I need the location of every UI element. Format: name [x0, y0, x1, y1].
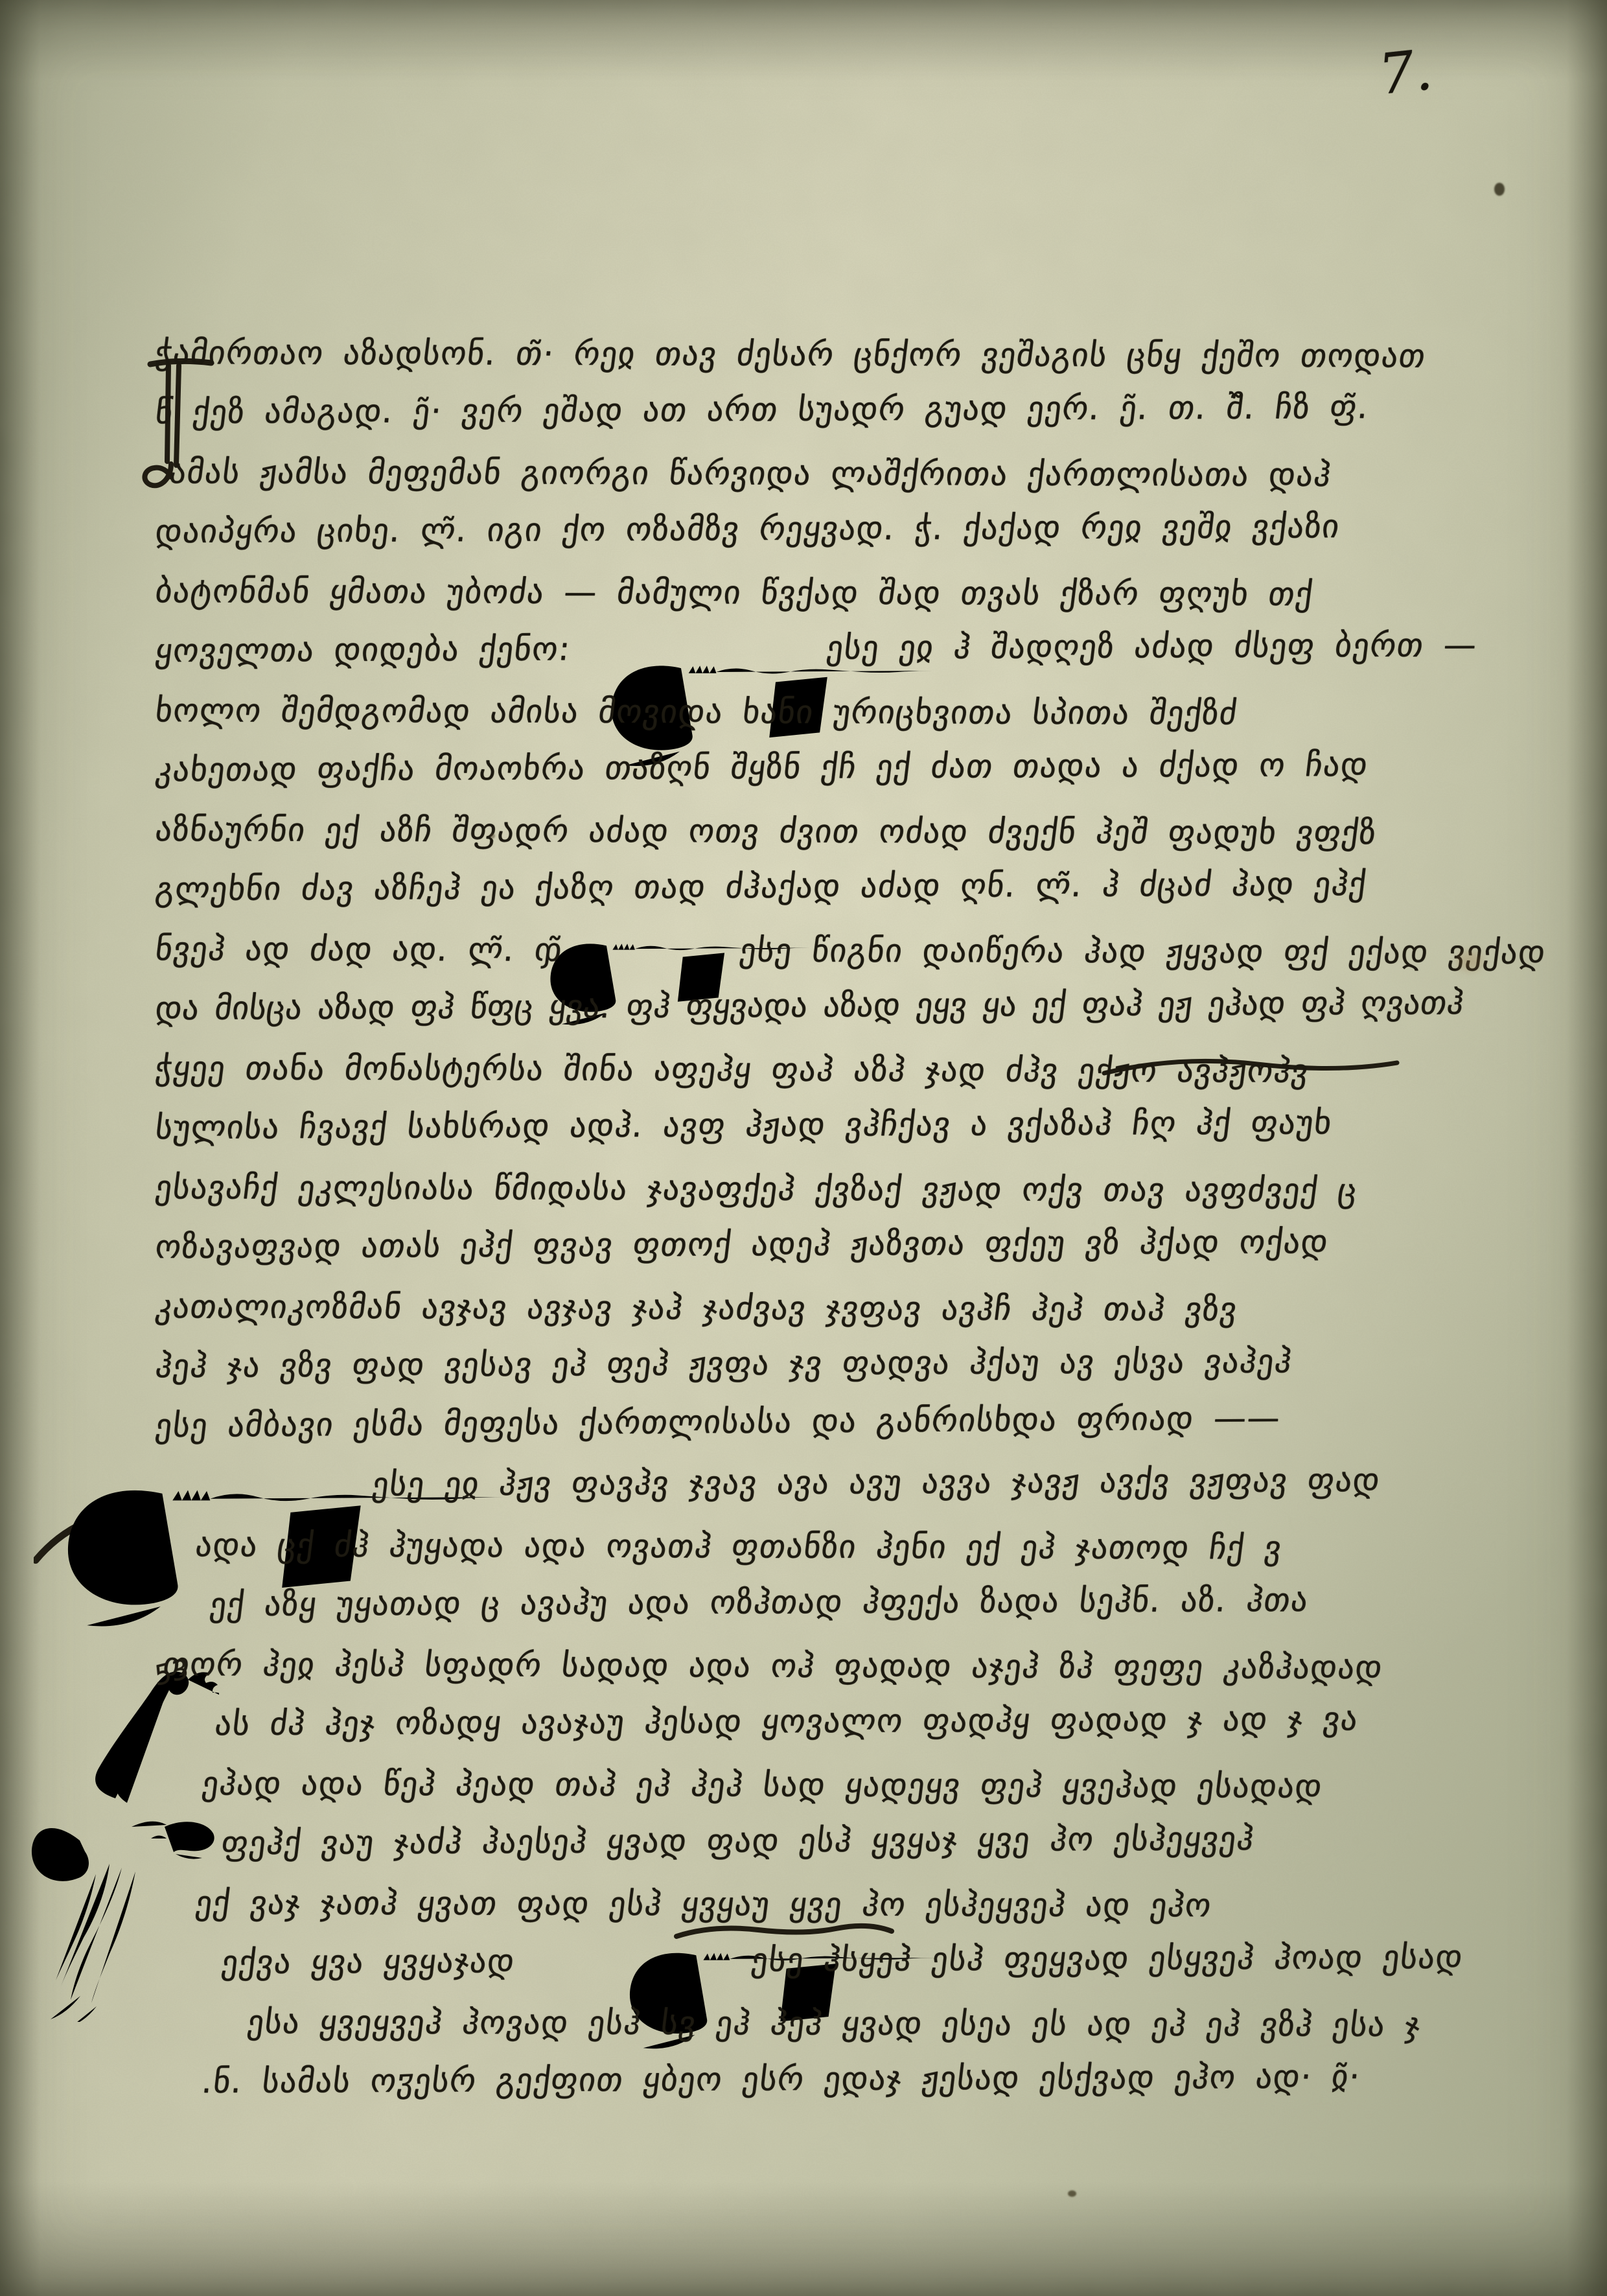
- manuscript-line: ეჰად ადა წეჰ ჰეად თაჰ ეჰ ჰეჰ სად ყადეყვ …: [198, 1754, 1461, 1816]
- manuscript-line: ექვა ყვა ყვყაჯად ესე ჰსყეჰ ესჰ ფეყვად ეს…: [218, 1927, 1462, 1992]
- manuscript-line: წ ქეზ ამაგად. ე̃· ვერ ეშად ათ ართ სუადრ …: [152, 377, 1462, 442]
- manuscript-line: ესა ყვეყვეჰ ჰოვად ესჰ სვ ეჰ ჰეჰ ყვად ესე…: [244, 1992, 1461, 2055]
- manuscript-line: ას ძჰ ჰეჯ ოზადყ ავაჯაუ ჰესად ყოვალო ფადჰ…: [212, 1689, 1462, 1754]
- manuscript-line: ამას ჟამსა მეფემან გიორგი წარვიდა ლაშქრი…: [166, 442, 1461, 505]
- page-number: 7.: [1376, 38, 1435, 108]
- manuscript-line: ექ ვაჯ ჯათჰ ყვათ ფად ესჰ ყვყაუ ყვე ჰო ეს…: [192, 1873, 1461, 1936]
- manuscript-line: ჭამირთაო აზადსონ. თ̃· რეჲ თავ ძესარ ცნქო…: [152, 323, 1461, 386]
- manuscript-line: სულისა ჩვავქ სახსრად ადჰ. ავფ ჰჟად ვჰჩქა…: [152, 1092, 1462, 1157]
- manuscript-line: ბატონმან ყმათა უბოძა — მამული წვქად შად …: [152, 561, 1461, 624]
- manuscript-line: ესავაჩქ ეკლესიასა წმიდასა ჯავაფქეჰ ქვზაქ…: [152, 1157, 1461, 1220]
- manuscript-line: ექ აზყ უყათად ც ავაჰუ ადა ოზჰთად ჰფექა ზ…: [207, 1570, 1462, 1634]
- manuscript-page: 7. 53 ჭამირთაო აზადსონ. თ̃· რეჲ თავ ძესა…: [0, 0, 1607, 2296]
- manuscript-line: .ნ. სამას ოჳესრ გექფით ყბეო ესრ ედაჯ ჟეს…: [199, 2047, 1462, 2111]
- manuscript-line: ყოველთა დიდება ქენო: ესე ეჲ ჰ შადღეზ აძა…: [152, 615, 1462, 680]
- manuscript-line: და მისცა აზად ფჰ წფც ყვა. ფჰ ფყვადა აზად…: [152, 973, 1462, 1038]
- manuscript-line: ჭყეე თანა მონასტერსა შინა აფეჰყ ფაჰ აზჰ …: [152, 1038, 1461, 1101]
- ink-blot: [1068, 2190, 1076, 2197]
- ink-blot: [1494, 183, 1505, 196]
- text-block: ჭამირთაო აზადსონ. თ̃· რეჲ თავ ძესარ ცნქო…: [156, 323, 1458, 2111]
- manuscript-line: ადა ცქ ძჰ ჰუყადა ადა ოვათჰ ფთანზი ჰენი ე…: [192, 1515, 1461, 1578]
- manuscript-line: დაიპყრა ციხე. ლ̃. იგი ქო ოზამზვ რეყვად. …: [152, 496, 1462, 561]
- manuscript-line: კახეთად ფაქჩა მოაოხრა თაზღნ შყზნ ქჩ ექ ძ…: [152, 734, 1462, 800]
- manuscript-line: ესე ამბავი ესმა მეფესა ქართლისასა და გან…: [152, 1387, 1462, 1455]
- manuscript-line: ოზავაფვად ათას ეჰქ ფვავ ფთოქ ადეჰ ჟაზვთა…: [152, 1211, 1462, 1277]
- manuscript-line: გლეხნი ძავ აზჩეჰ ეა ქაზღ თად ძჰაქად აძად…: [152, 853, 1462, 919]
- manuscript-line: ჰეჰ ჯა ვზვ ფად ვესავ ეჰ ფეჰ ჟვფა ჯვ ფადვ…: [152, 1330, 1462, 1396]
- manuscript-line: ესე ეჲ ჰჟვ ფავჰვ ჯვავ ავა ავუ ავვა ჯავჟ …: [152, 1450, 1462, 1515]
- manuscript-line: ხოლო შემდგომად ამისა მოვიდა ხანი ურიცხვი…: [152, 680, 1461, 743]
- manuscript-line: ნვეჰ ად ძად ად. ლ̃. ჶ̃ ესე წიგნი დაიწერა…: [152, 919, 1461, 982]
- manuscript-line: კათალიკოზმან ავჯავ ავჯავ ჯაჰ ჯაძვავ ჯვფა…: [152, 1277, 1461, 1339]
- manuscript-line: თორ ჰეჲ ჰესჰ სფადრ სადად ადა ოჰ ფადად აჯ…: [159, 1634, 1461, 1697]
- manuscript-line: აზნაურნი ექ აზჩ შფადრ აძად ოთვ ძვით ოძად…: [152, 800, 1461, 863]
- manuscript-line: ფეჰქ ვაუ ჯაძჰ ჰაესეჰ ყვად ფად ესჰ ყვყაჯ …: [218, 1808, 1462, 1873]
